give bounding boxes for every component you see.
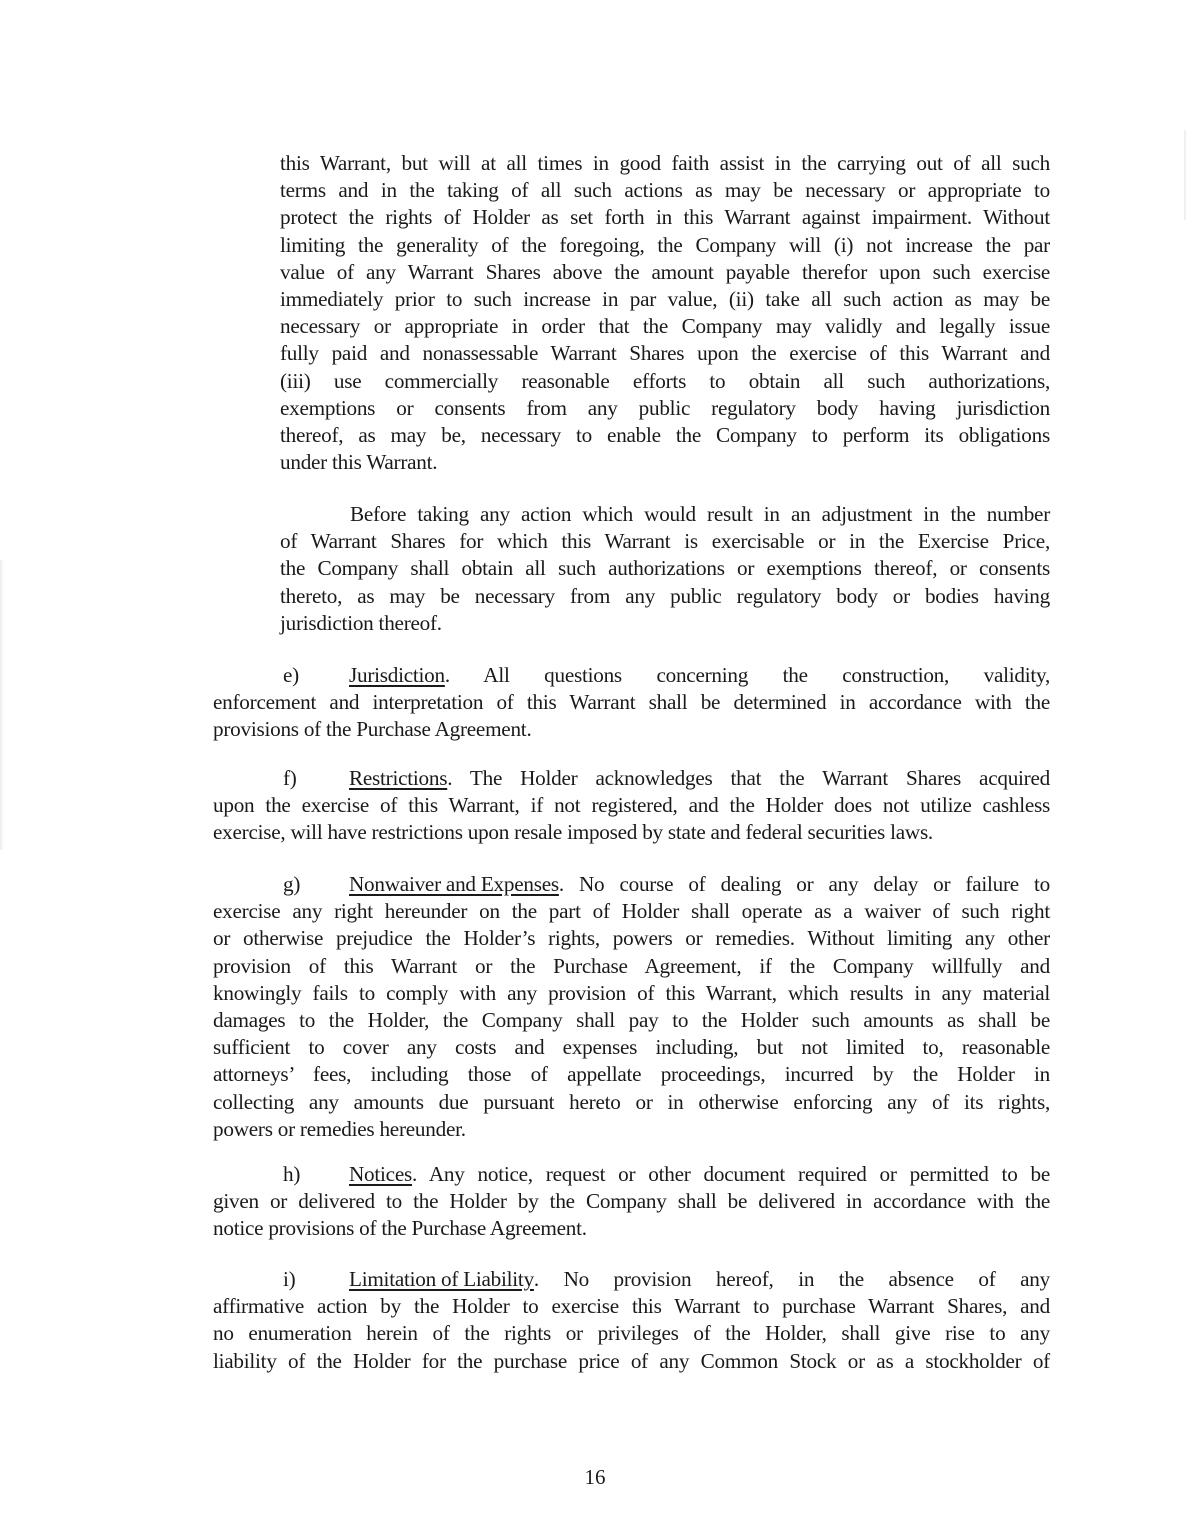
text-line: under this Warrant. (280, 449, 1050, 476)
text-line: exemptions or consents from any public r… (280, 395, 1050, 422)
text-line: attorneys’ fees, including those of appe… (213, 1061, 1050, 1088)
text-line: necessary or appropriate in order that t… (280, 313, 1050, 340)
text-line: or otherwise prejudice the Holder’s righ… (213, 925, 1050, 952)
section-title: Nonwaiver and Expenses (349, 871, 559, 898)
section-label: h) (213, 1161, 349, 1188)
text-line: notice provisions of the Purchase Agreem… (213, 1215, 1050, 1242)
scan-edge-artifact (1184, 130, 1186, 220)
section-label: e) (213, 662, 349, 689)
text-line: damages to the Holder, the Company shall… (213, 1007, 1050, 1034)
text-line: protect the rights of Holder as set fort… (280, 204, 1050, 231)
text-line: the Company shall obtain all such author… (280, 555, 1050, 582)
text-line: . No course of dealing or any delay or f… (559, 871, 1050, 898)
text-line: . The Holder acknowledges that the Warra… (447, 765, 1050, 792)
text-line: exercise, will have restrictions upon re… (213, 819, 1050, 846)
section-h-notices: h) Notices . Any notice, request or othe… (213, 1161, 1050, 1243)
text-line: thereto, as may be necessary from any pu… (280, 583, 1050, 610)
text-line: liability of the Holder for the purchase… (213, 1348, 1050, 1375)
text-line: terms and in the taking of all such acti… (280, 177, 1050, 204)
text-line: knowingly fails to comply with any provi… (213, 980, 1050, 1007)
section-e-jurisdiction: e) Jurisdiction . All questions concerni… (213, 662, 1050, 744)
section-title: Notices (349, 1161, 412, 1188)
text-line: enforcement and interpretation of this W… (213, 689, 1050, 716)
text-line: thereof, as may be, necessary to enable … (280, 422, 1050, 449)
text-line: provisions of the Purchase Agreement. (213, 716, 1050, 743)
text-line: fully paid and nonassessable Warrant Sha… (280, 340, 1050, 367)
text-line: . All questions concerning the construct… (445, 662, 1050, 689)
text-line: collecting any amounts due pursuant here… (213, 1089, 1050, 1116)
section-label: g) (213, 871, 349, 898)
text-line: Before taking any action which would res… (280, 501, 1050, 528)
text-line: affirmative action by the Holder to exer… (213, 1293, 1050, 1320)
section-f-restrictions: f) Restrictions . The Holder acknowledge… (213, 765, 1050, 847)
page-number: 16 (0, 1465, 1190, 1490)
scan-edge-artifact (0, 560, 4, 850)
section-label: i) (213, 1266, 349, 1293)
text-line: this Warrant, but will at all times in g… (280, 150, 1050, 177)
text-line: (iii) use commercially reasonable effort… (280, 368, 1050, 395)
text-line: value of any Warrant Shares above the am… (280, 259, 1050, 286)
section-label: f) (213, 765, 349, 792)
section-title: Jurisdiction (349, 662, 445, 689)
text-line: jurisdiction thereof. (280, 610, 1050, 637)
before-taking-paragraph: Before taking any action which would res… (280, 501, 1050, 637)
text-line: limiting the generality of the foregoing… (280, 232, 1050, 259)
section-g-nonwaiver-and-expenses: g) Nonwaiver and Expenses . No course of… (213, 871, 1050, 1143)
text-line: upon the exercise of this Warrant, if no… (213, 792, 1050, 819)
text-line: . No provision hereof, in the absence of… (534, 1266, 1050, 1293)
section-title: Restrictions (349, 765, 447, 792)
document-page: this Warrant, but will at all times in g… (0, 0, 1190, 1540)
section-i-limitation-of-liability: i) Limitation of Liability . No provisio… (213, 1266, 1050, 1375)
text-line: powers or remedies hereunder. (213, 1116, 1050, 1143)
text-line: immediately prior to such increase in pa… (280, 286, 1050, 313)
text-line: provision of this Warrant or the Purchas… (213, 953, 1050, 980)
text-line: given or delivered to the Holder by the … (213, 1188, 1050, 1215)
section-title: Limitation of Liability (349, 1266, 534, 1293)
text-line: exercise any right hereunder on the part… (213, 898, 1050, 925)
continuation-paragraph: this Warrant, but will at all times in g… (280, 150, 1050, 476)
text-line: . Any notice, request or other document … (412, 1161, 1050, 1188)
text-line: no enumeration herein of the rights or p… (213, 1320, 1050, 1347)
text-line: sufficient to cover any costs and expens… (213, 1034, 1050, 1061)
text-line: of Warrant Shares for which this Warrant… (280, 528, 1050, 555)
